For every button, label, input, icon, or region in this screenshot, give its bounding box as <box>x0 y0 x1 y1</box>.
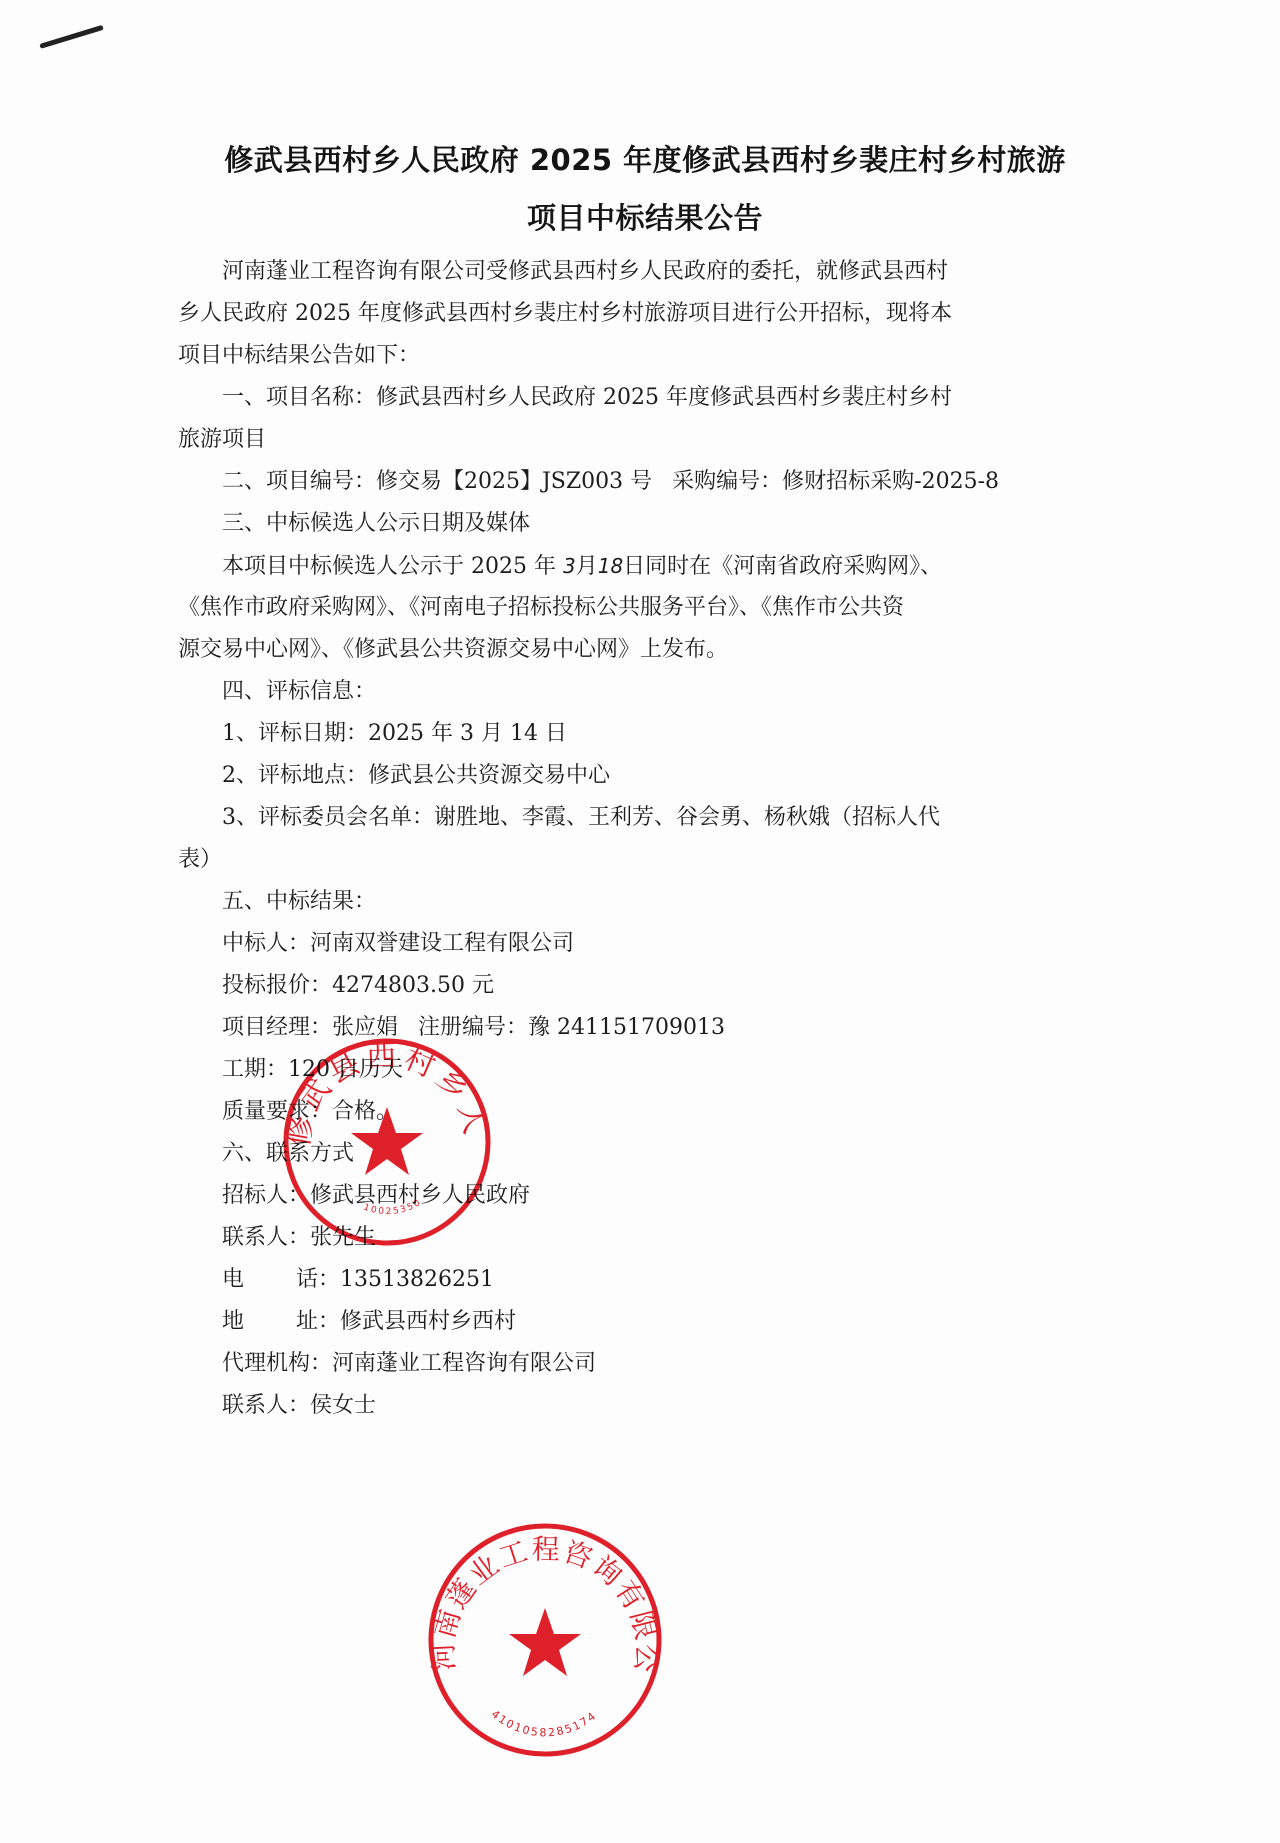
address-value: 址：修武县西村乡西村 <box>296 1309 516 1334</box>
bid-price: 投标报价：4274803.50 元 <box>222 971 494 1001</box>
committee-line1: 3、评标委员会名单：谢胜地、李霞、王利芳、谷会勇、杨秋娥（招标人代 <box>222 803 940 833</box>
handwritten-day: 18 <box>598 554 623 578</box>
svg-text:4101058285174: 4101058285174 <box>489 1707 600 1739</box>
project-number-line: 二、项目编号：修交易【2025】JSZ003 号采购编号：修财招标采购-2025… <box>222 467 999 497</box>
quality-requirement: 质量要求：合格。 <box>222 1097 398 1127</box>
section4-heading: 四、评标信息： <box>222 677 376 707</box>
registration-number: 注册编号：豫 241151709013 <box>418 1015 725 1040</box>
section5-heading: 五、中标结果： <box>222 887 376 917</box>
publicity-prefix: 本项目中标候选人公示于 2025 年 <box>222 554 563 579</box>
document-page: 修武县西村乡人民政府 2025 年度修武县西村乡裴庄村乡村旅游 项目中标结果公告… <box>0 0 1280 1843</box>
phone-label: 电 <box>222 1267 244 1292</box>
evaluation-date: 1、评标日期：2025 年 3 月 14 日 <box>222 719 567 749</box>
manager-line: 项目经理：张应娟注册编号：豫 241151709013 <box>222 1013 725 1043</box>
document-title-line2: 项目中标结果公告 <box>170 196 1120 237</box>
tenderer: 招标人：修武县西村乡人民政府 <box>222 1181 530 1211</box>
tenderer-contact: 联系人：张先生 <box>222 1223 376 1253</box>
month-label: 月 <box>576 554 598 579</box>
address-label: 地 <box>222 1309 244 1334</box>
document-title-line1: 修武县西村乡人民政府 2025 年度修武县西村乡裴庄村乡村旅游 <box>170 138 1120 179</box>
address-line: 地址：修武县西村乡西村 <box>222 1307 516 1337</box>
publicity-suffix: 日同时在《河南省政府采购网》、 <box>623 554 942 579</box>
evaluation-location: 2、评标地点：修武县公共资源交易中心 <box>222 761 610 791</box>
svg-text:修武县西村乡人民政府: 修武县西村乡人民政府 <box>280 1035 493 1149</box>
publicity-line1: 本项目中标候选人公示于 2025 年 3月18日同时在《河南省政府采购网》、 <box>222 551 942 582</box>
committee-line2: 表） <box>178 845 222 875</box>
project-manager: 项目经理：张应娟 <box>222 1015 398 1040</box>
publicity-line2: 《焦作市政府采购网》、《河南电子招标投标公共服务平台》、《焦作市公共资 <box>178 593 904 623</box>
section3-heading: 三、中标候选人公示日期及媒体 <box>222 509 530 539</box>
construction-period: 工期：120 日历天 <box>222 1055 403 1085</box>
publicity-line3: 源交易中心网》、《修武县公共资源交易中心网》上发布。 <box>178 635 728 665</box>
pen-stroke-mark <box>39 25 104 49</box>
project-number: 二、项目编号：修交易【2025】JSZ003 号 <box>222 469 652 494</box>
agency-company-seal-icon: 河南蓬业工程咨询有限公司 4101058285174 <box>425 1520 665 1760</box>
svg-text:河南蓬业工程咨询有限公司: 河南蓬业工程咨询有限公司 <box>425 1520 664 1675</box>
winning-bidder: 中标人：河南双誉建设工程有限公司 <box>222 929 574 959</box>
phone-value: 话：13513826251 <box>296 1267 494 1292</box>
project-name-line2: 旅游项目 <box>178 425 266 455</box>
intro-line1: 河南蓬业工程咨询有限公司受修武县西村乡人民政府的委托，就修武县西村 <box>222 257 948 287</box>
handwritten-month: 3 <box>563 554 576 578</box>
agency: 代理机构：河南蓬业工程咨询有限公司 <box>222 1349 596 1379</box>
phone-line: 电话：13513826251 <box>222 1265 494 1295</box>
project-name-line1: 一、项目名称：修武县西村乡人民政府 2025 年度修武县西村乡裴庄村乡村 <box>222 383 952 413</box>
section6-heading: 六、联系方式 <box>222 1139 354 1169</box>
purchase-number: 采购编号：修财招标采购-2025-8 <box>672 469 999 494</box>
agency-contact: 联系人：侯女士 <box>222 1391 376 1421</box>
intro-line2: 乡人民政府 2025 年度修武县西村乡裴庄村乡村旅游项目进行公开招标，现将本 <box>178 299 952 329</box>
intro-line3: 项目中标结果公告如下： <box>178 341 420 371</box>
